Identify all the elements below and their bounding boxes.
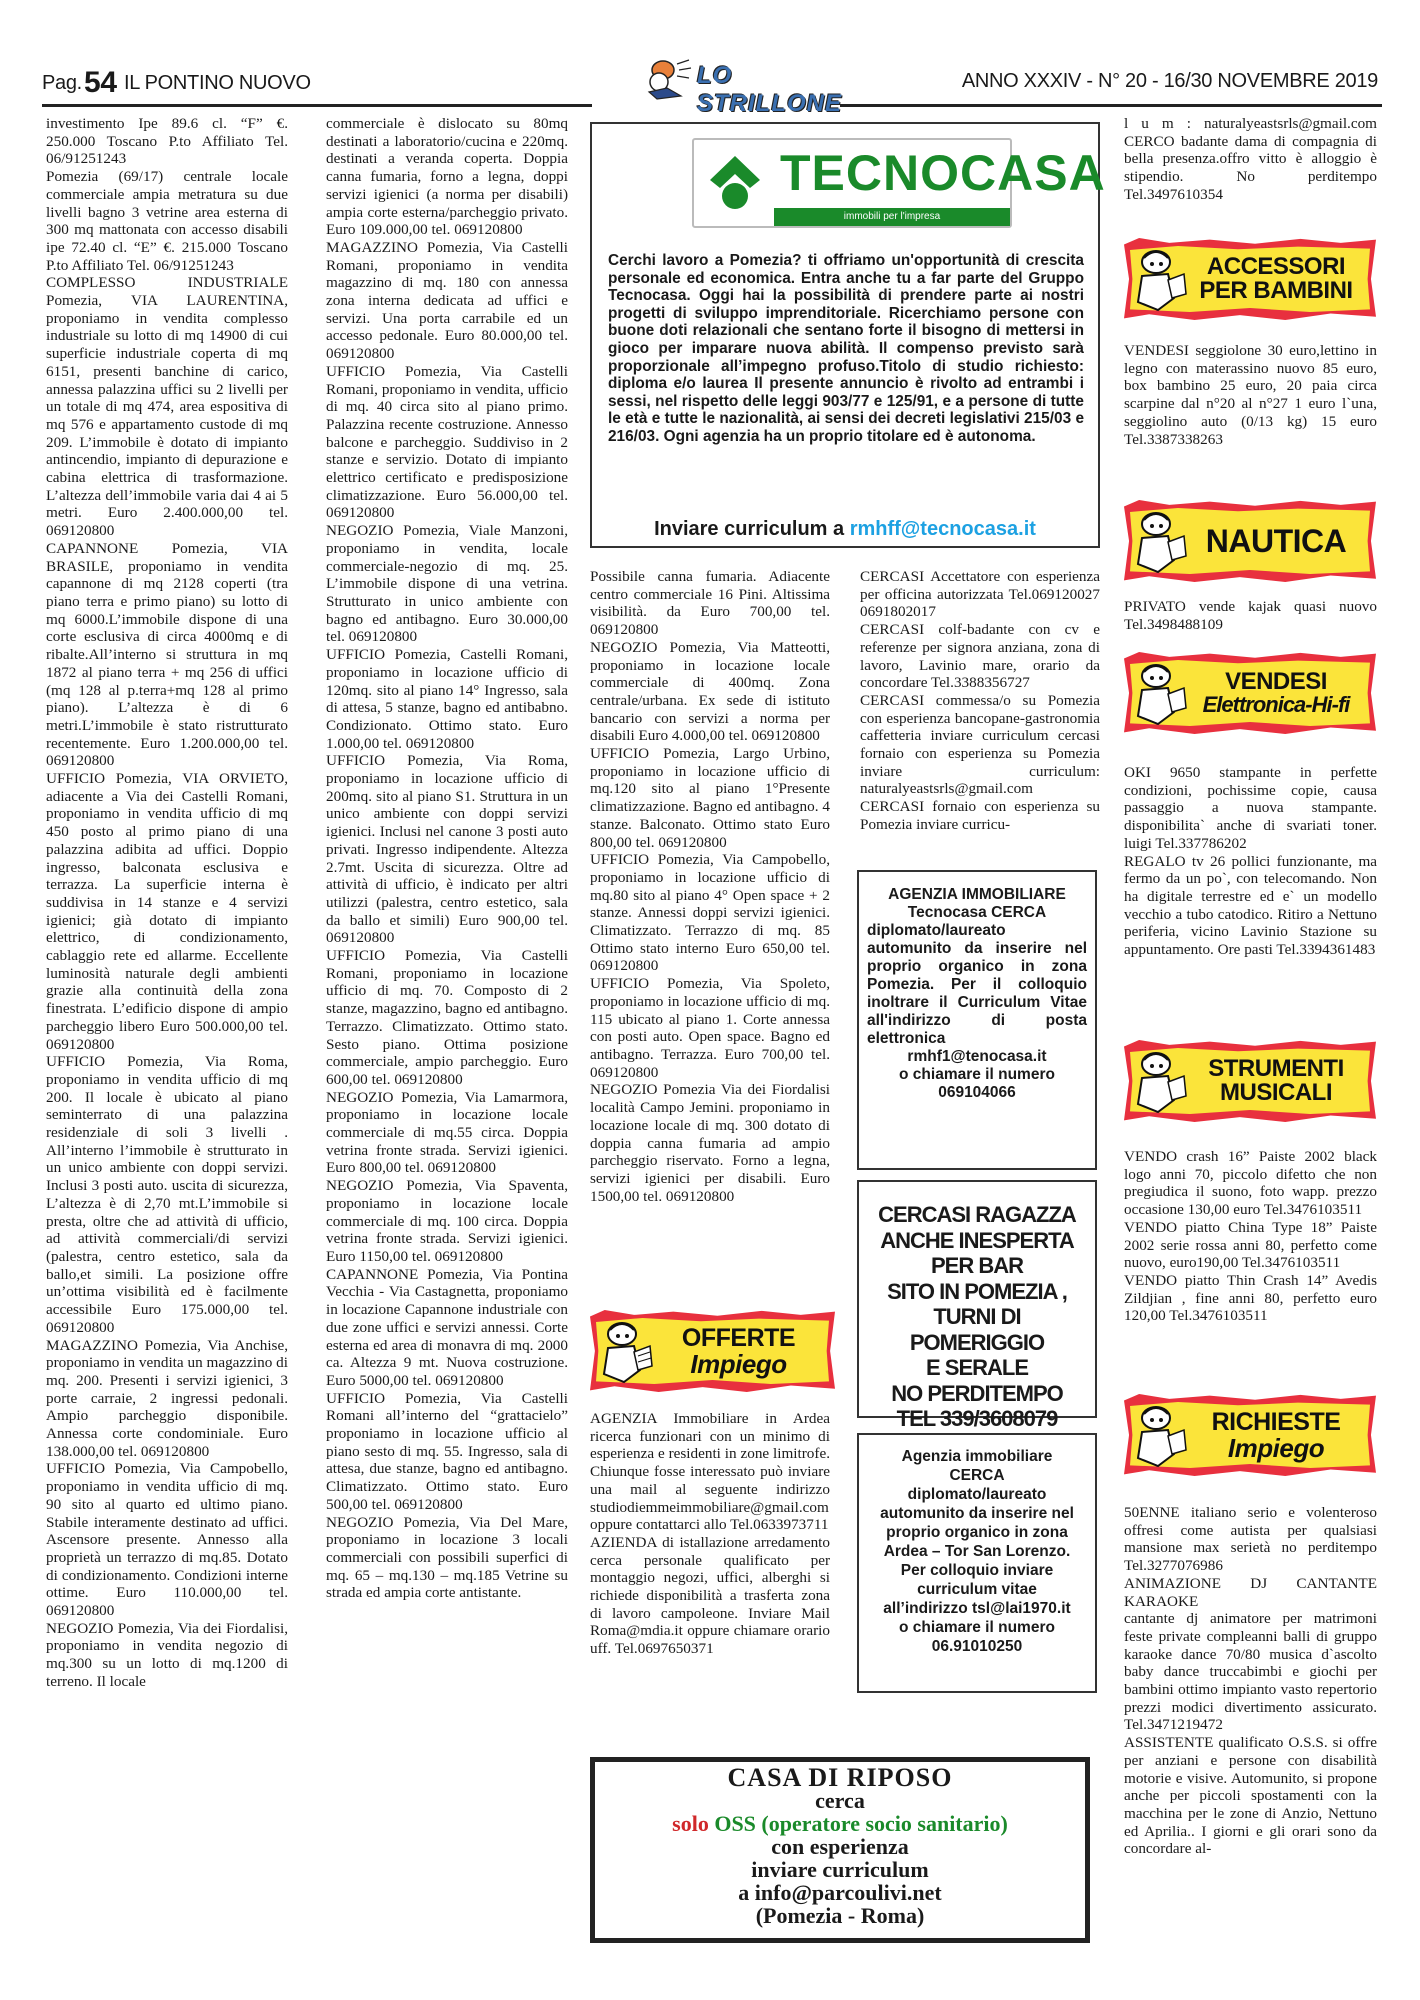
masthead: Pag.54 IL PONTINO NUOVO LO STRILLONE ANN… (42, 64, 1378, 98)
classified-ad: CAPANNONE Pomezia, VIA BRASILE, proponia… (46, 540, 288, 770)
classified-ad: Possibile canna fumaria. Adiacente centr… (590, 568, 830, 639)
page-label: Pag.54 IL PONTINO NUOVO (42, 66, 311, 100)
classified-ad: NEGOZIO Pomezia Via dei Fiordalisi local… (590, 1081, 830, 1205)
tecnocasa-wordmark: TECNOCASA (780, 144, 1106, 202)
box-line: CERCA (865, 1466, 1089, 1485)
column-4-cercasi: CERCASI Accettatore con esperienza per o… (860, 568, 1100, 834)
box-phone: 069104066 (867, 1084, 1087, 1102)
box-line: diplomato/laureato (865, 1485, 1089, 1504)
box-line: SITO IN POMEZIA , (865, 1279, 1089, 1305)
box-line: PER BAR (865, 1253, 1089, 1279)
column-5-top: l u m : naturalyeastsrls@gmail.com CERCO… (1124, 115, 1377, 204)
page-number: 54 (84, 66, 117, 99)
classified-ad: MAGAZZINO Pomezia, Via Anchise, proponia… (46, 1337, 288, 1461)
classified-ad: COMPLESSO INDUSTRIALE Pomezia, VIA LAURE… (46, 274, 288, 540)
box-ad-cercasi-ragazza-bar: CERCASI RAGAZZA ANCHE INESPERTA PER BAR … (857, 1180, 1097, 1418)
column-5-richieste: 50ENNE italiano serio e volenteroso offr… (1124, 1504, 1377, 1858)
newsboy-mascot-icon (1128, 244, 1188, 314)
header-rule-left (42, 104, 592, 107)
classified-ad: AZIENDA di istallazione arredamento cerc… (590, 1534, 830, 1658)
box-heading: AGENZIA IMMOBILIARE (867, 886, 1087, 904)
casa-solo: solo (672, 1811, 709, 1836)
banner-subtitle: MUSICALI (1220, 1081, 1332, 1105)
classified-ad: CERCASI commessa/o su Pomezia con esperi… (860, 692, 1100, 798)
casa-location: (Pomezia - Roma) (595, 1904, 1085, 1927)
column-3: Possibile canna fumaria. Adiacente centr… (590, 568, 830, 1205)
column-5-elettronica: OKI 9650 stampante in perfette condizion… (1124, 764, 1377, 959)
tecnocasa-ad: TECNOCASA immobili per l'impresa Cerchi … (590, 122, 1100, 548)
banner-title: NAUTICA (1206, 525, 1346, 557)
box-line: E SERALE (865, 1355, 1089, 1381)
classified-ad: REGALO tv 26 pollici funzionante, ma fer… (1124, 853, 1377, 959)
classified-ad: PRIVATO vende kajak quasi nuovo Tel.3498… (1124, 598, 1377, 633)
banner-title: RICHIESTE (1212, 1410, 1341, 1435)
classified-ad: UFFICIO Pomezia, Via Castelli Romani, pr… (326, 947, 568, 1089)
box-email-link[interactable]: rmhf1@tenocasa.it (867, 1048, 1087, 1066)
classified-ad: NEGOZIO Pomezia, Via Matteotti, proponia… (590, 639, 830, 745)
classified-ad: CERCO badante dama di compagnia di bella… (1124, 133, 1377, 204)
casa-email-link[interactable]: a info@parcoulivi.net (595, 1881, 1085, 1904)
tecnocasa-body: Cerchi lavoro a Pomezia? ti offriamo un'… (608, 252, 1084, 446)
classified-ad: VENDESI seggiolone 30 euro,lettino in le… (1124, 342, 1377, 448)
box-email-link[interactable]: all’indirizzo tsl@lai1970.it (865, 1599, 1089, 1618)
box-line: Agenzia immobiliare (865, 1447, 1089, 1466)
banner-strumenti-musicali: STRUMENTI MUSICALI (1124, 1040, 1376, 1122)
casa-title: CASA DI RIPOSO (595, 1766, 1085, 1789)
banner-nautica: NAUTICA (1124, 500, 1376, 582)
box-line: automunito da inserire nel (865, 1504, 1089, 1523)
banner-subtitle: Impiego (1228, 1435, 1324, 1461)
column-5-strumenti: VENDO crash 16” Paiste 2002 black logo a… (1124, 1148, 1377, 1325)
classified-ad: NEGOZIO Pomezia, Via Del Mare, proponiam… (326, 1514, 568, 1603)
classified-ad: UFFICIO Pomezia, Via Castelli Romani all… (326, 1390, 568, 1514)
banner-subtitle: PER BAMBINI (1199, 279, 1352, 303)
banner-title: ACCESSORI (1207, 255, 1345, 279)
tecnocasa-tagline: immobili per l'impresa (774, 208, 1010, 226)
newsboy-mascot-icon (594, 1316, 654, 1386)
classified-ad: UFFICIO Pomezia, Via Spoleto, proponiamo… (590, 975, 830, 1081)
casa-oss: OSS (operatore socio sanitario) (714, 1811, 1008, 1836)
box-body: diplomato/laureato automunito da inserir… (867, 922, 1087, 1048)
casa-line: cerca (595, 1789, 1085, 1812)
page-prefix: Pag. (42, 72, 82, 94)
classified-ad: NEGOZIO Pomezia, Via Spaventa, proponiam… (326, 1177, 568, 1266)
column-5-nautica: PRIVATO vende kajak quasi nuovo Tel.3498… (1124, 598, 1377, 633)
casa-line: inviare curriculum (595, 1858, 1085, 1881)
logo-text: LO STRILLONE (697, 62, 877, 118)
classified-ad: cantante dj animatore per matrimoni fest… (1124, 1610, 1377, 1734)
lo-strillone-logo: LO STRILLONE (637, 56, 877, 100)
banner-subtitle: Impiego (690, 1351, 786, 1377)
banner-title: STRUMENTI (1208, 1057, 1344, 1081)
mascot-icon (637, 56, 693, 100)
banner-accessori-per-bambini: ACCESSORI PER BAMBINI (1124, 238, 1376, 320)
banner-title: OFFERTE (682, 1326, 795, 1351)
classified-ad: commerciale è dislocato su 80mq destinat… (326, 115, 568, 239)
classified-ad: CERCASI Accettatore con esperienza per o… (860, 568, 1100, 621)
classified-ad: CERCASI fornaio con esperienza su Pomezi… (860, 798, 1100, 833)
classified-ad: VENDO crash 16” Paiste 2002 black logo a… (1124, 1148, 1377, 1219)
banner-title: VENDESI (1225, 670, 1327, 694)
newsboy-mascot-icon (1128, 1400, 1188, 1470)
box-line: Per colloquio inviare (865, 1561, 1089, 1580)
classified-ad: NEGOZIO Pomezia, Via Lamarmora, proponia… (326, 1089, 568, 1178)
classified-ad: UFFICIO Pomezia, Via Campobello, proponi… (46, 1460, 288, 1619)
issue-info: ANNO XXXIV - N° 20 - 16/30 NOVEMBRE 2019 (962, 70, 1378, 93)
tecnocasa-logo: TECNOCASA immobili per l'impresa (692, 138, 1012, 228)
box-line: proprio organico in zona (865, 1523, 1089, 1542)
casa-di-riposo-ad: CASA DI RIPOSO cerca solo OSS (operatore… (590, 1757, 1090, 1943)
classified-ad: 50ENNE italiano serio e volenteroso offr… (1124, 1504, 1377, 1575)
classified-ad: NEGOZIO Pomezia, Viale Manzoni, proponia… (326, 522, 568, 646)
classified-ad: VENDO piatto Thin Crash 14” Avedis Zildj… (1124, 1272, 1377, 1325)
classified-ad-fragment: l u m : naturalyeastsrls@gmail.com (1124, 115, 1377, 133)
classified-ad: OKI 9650 stampante in perfette condizion… (1124, 764, 1377, 853)
tecnocasa-cta: Inviare curriculum a rmhff@tecnocasa.it (592, 518, 1098, 541)
classified-ad: ASSISTENTE qualificato O.S.S. si offre p… (1124, 1734, 1377, 1858)
box-line: Ardea – Tor San Lorenzo. (865, 1542, 1089, 1561)
classified-ad: UFFICIO Pomezia, Via Campobello, proponi… (590, 851, 830, 975)
box-line: ANCHE INESPERTA (865, 1228, 1089, 1254)
column-5-accessori: VENDESI seggiolone 30 euro,lettino in le… (1124, 342, 1377, 448)
classified-ad: NEGOZIO Pomezia, Via dei Fiordalisi, pro… (46, 1620, 288, 1691)
classified-ad: UFFICIO Pomezia, Via Roma, proponiamo in… (326, 752, 568, 947)
cta-prefix: Inviare curriculum a (654, 518, 850, 540)
classified-ad: UFFICIO Pomezia, Via Castelli Romani, pr… (326, 363, 568, 522)
box-phone: TEL 339/3608079 (865, 1406, 1089, 1432)
classified-ad: AGENZIA Immobiliare in Ardea ricerca fun… (590, 1410, 830, 1534)
column-2-real-estate: commerciale è dislocato su 80mq destinat… (326, 115, 568, 1602)
classified-ad: UFFICIO Pomezia, Largo Urbino, proponiam… (590, 745, 830, 851)
box-line: o chiamare il numero (865, 1618, 1089, 1637)
casa-line-oss: solo OSS (operatore socio sanitario) (595, 1812, 1085, 1835)
box-subheading: Tecnocasa CERCA (867, 904, 1087, 922)
box-line: NO PERDITEMPO (865, 1381, 1089, 1407)
banner-offerte-impiego: OFFERTE Impiego (590, 1310, 835, 1392)
box-call-text: o chiamare il numero (867, 1066, 1087, 1084)
header-rule-right (840, 104, 1382, 107)
classified-ad: investimento Ipe 89.6 cl. “F” €. 250.000… (46, 115, 288, 168)
classified-ad: CAPANNONE Pomezia, Via Pontina Vecchia -… (326, 1266, 568, 1390)
classified-ad-heading: ANIMAZIONE DJ CANTANTE KARAOKE (1124, 1575, 1377, 1610)
newsboy-mascot-icon (1128, 658, 1188, 728)
box-phone: 06.91010250 (865, 1637, 1089, 1656)
newsboy-mascot-icon (1128, 1046, 1188, 1116)
classified-ad: MAGAZZINO Pomezia, Via Castelli Romani, … (326, 239, 568, 363)
tecnocasa-email-link[interactable]: rmhff@tecnocasa.it (850, 518, 1036, 540)
classified-ad: VENDO piatto China Type 18” Paiste 2002 … (1124, 1219, 1377, 1272)
classified-ad: CERCASI colf-badante con cv e referenze … (860, 621, 1100, 692)
tecnocasa-house-icon (706, 150, 764, 212)
classified-ad: UFFICIO Pomezia, Via Roma, proponiamo in… (46, 1053, 288, 1336)
banner-vendesi-elettronica: VENDESI Elettronica-Hi-fi (1124, 652, 1376, 734)
box-ad-agenzia-ardea: Agenzia immobiliare CERCA diplomato/laur… (857, 1433, 1097, 1693)
banner-richieste-impiego: RICHIESTE Impiego (1124, 1394, 1376, 1476)
publication-name: IL PONTINO NUOVO (124, 72, 311, 94)
box-line: TURNI DI POMERIGGIO (865, 1304, 1089, 1355)
box-ad-tecnocasa-cerca: AGENZIA IMMOBILIARE Tecnocasa CERCA dipl… (857, 870, 1097, 1170)
casa-line: con esperienza (595, 1835, 1085, 1858)
classified-ad: UFFICIO Pomezia, VIA ORVIETO, adiacente … (46, 770, 288, 1053)
box-line: curriculum vitae (865, 1580, 1089, 1599)
column-3-offerte-impiego: AGENZIA Immobiliare in Ardea ricerca fun… (590, 1410, 830, 1658)
column-1-real-estate: investimento Ipe 89.6 cl. “F” €. 250.000… (46, 115, 288, 1691)
box-line: CERCASI RAGAZZA (865, 1202, 1089, 1228)
classified-ad: Pomezia (69/17) centrale locale commerci… (46, 168, 288, 274)
banner-subtitle: Elettronica-Hi-fi (1203, 694, 1350, 716)
classified-ad: UFFICIO Pomezia, Castelli Romani, propon… (326, 646, 568, 752)
newsboy-mascot-icon (1128, 506, 1188, 576)
